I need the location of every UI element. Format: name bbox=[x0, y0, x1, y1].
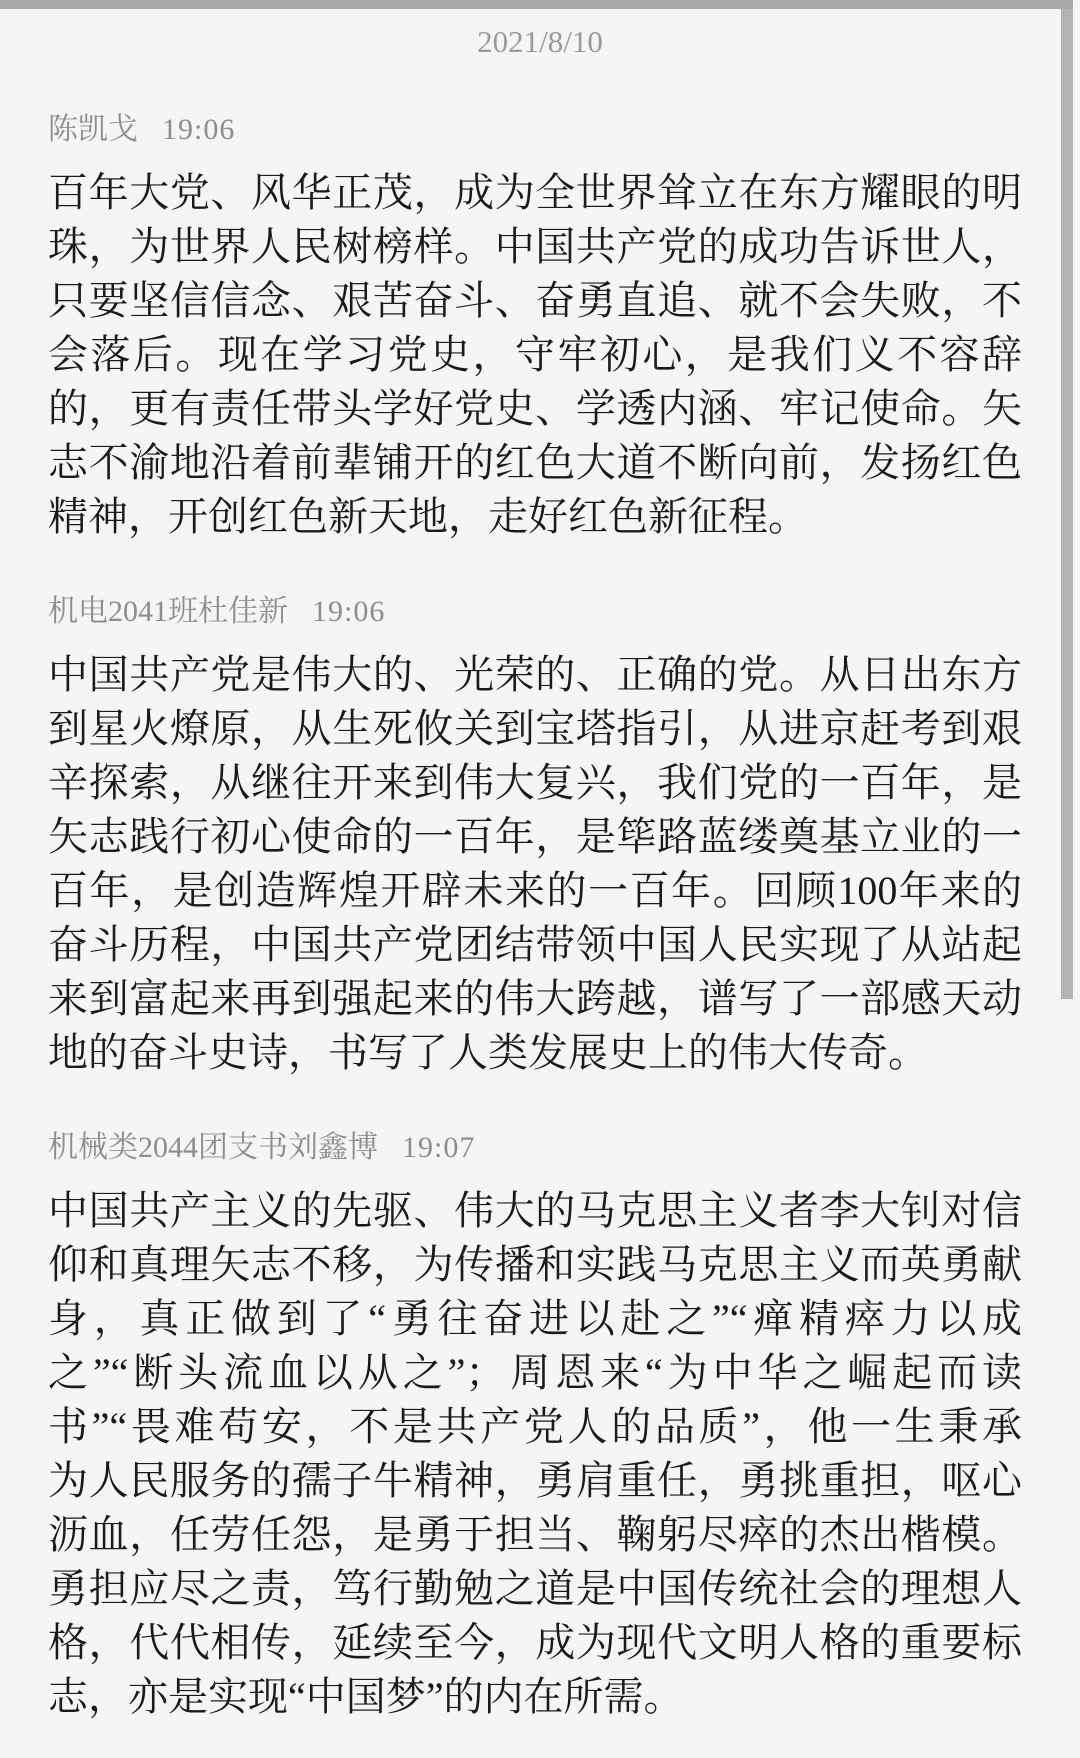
message-line: 百年，是创造辉煌开辟未来的一百年。回顾100年来的 bbox=[48, 864, 1022, 918]
message-body: 中国共产党是伟大的、光荣的、正确的党。从日出东方到星火燎原，从生死攸关到宝塔指引… bbox=[48, 648, 1022, 1080]
message-line: 仰和真理矢志不移，为传播和实践马克思主义而英勇献 bbox=[48, 1238, 1022, 1292]
messages: 陈凯戈19:06百年大党、风华正茂，成为全世界耸立在东方耀眼的明珠，为世界人民树… bbox=[0, 110, 1080, 1724]
sender-name: 陈凯戈 bbox=[48, 113, 138, 146]
sender-name: 机械类2044团支书刘鑫博 bbox=[48, 1131, 378, 1164]
message-line: 地的奋斗史诗，书写了人类发展史上的伟大传奇。 bbox=[48, 1026, 1022, 1080]
message-line: 到星火燎原，从生死攸关到宝塔指引，从进京赶考到艰 bbox=[48, 702, 1022, 756]
message-line: 书”“畏难苟安，不是共产党人的品质”，他一生秉承 bbox=[48, 1400, 1022, 1454]
message-line: 格，代代相传，延续至今，成为现代文明人格的重要标 bbox=[48, 1616, 1022, 1670]
message-line: 百年大党、风华正茂，成为全世界耸立在东方耀眼的明 bbox=[48, 166, 1022, 220]
message-header: 机械类2044团支书刘鑫博19:07 bbox=[48, 1128, 1022, 1168]
date-header: 2021/8/10 bbox=[0, 0, 1080, 62]
message-header: 机电2041班杜佳新19:06 bbox=[48, 592, 1022, 632]
message-line: 精神，开创红色新天地，走好红色新征程。 bbox=[48, 490, 1022, 544]
message-line: 辛探索，从继往开来到伟大复兴，我们党的一百年，是 bbox=[48, 756, 1022, 810]
message-line: 之”“断头流血以从之”；周恩来“为中华之崛起而读 bbox=[48, 1346, 1022, 1400]
chat-transcript-page: 2021/8/10 陈凯戈19:06百年大党、风华正茂，成为全世界耸立在东方耀眼… bbox=[0, 0, 1080, 1758]
message: 陈凯戈19:06百年大党、风华正茂，成为全世界耸立在东方耀眼的明珠，为世界人民树… bbox=[48, 110, 1022, 544]
timestamp: 19:06 bbox=[162, 113, 235, 146]
sender-name: 机电2041班杜佳新 bbox=[48, 595, 288, 628]
message-line: 志不渝地沿着前辈铺开的红色大道不断向前，发扬红色 bbox=[48, 436, 1022, 490]
message-line: 珠，为世界人民树榜样。中国共产党的成功告诉世人， bbox=[48, 220, 1022, 274]
message-body: 中国共产主义的先驱、伟大的马克思主义者李大钊对信仰和真理矢志不移，为传播和实践马… bbox=[48, 1184, 1022, 1724]
message-line: 奋斗历程，中国共产党团结带领中国人民实现了从站起 bbox=[48, 918, 1022, 972]
message-line: 沥血，任劳任怨，是勇于担当、鞠躬尽瘁的杰出楷模。 bbox=[48, 1508, 1022, 1562]
message-line: 勇担应尽之责，笃行勤勉之道是中国传统社会的理想人 bbox=[48, 1562, 1022, 1616]
message-line: 来到富起来再到强起来的伟大跨越，谱写了一部感天动 bbox=[48, 972, 1022, 1026]
message-line: 身，真正做到了“勇往奋进以赴之”“瘅精瘁力以成 bbox=[48, 1292, 1022, 1346]
message: 机电2041班杜佳新19:06中国共产党是伟大的、光荣的、正确的党。从日出东方到… bbox=[48, 592, 1022, 1080]
top-edge-border bbox=[0, 0, 1073, 9]
message-line: 中国共产主义的先驱、伟大的马克思主义者李大钊对信 bbox=[48, 1184, 1022, 1238]
message: 机械类2044团支书刘鑫博19:07中国共产主义的先驱、伟大的马克思主义者李大钊… bbox=[48, 1128, 1022, 1724]
message-line: 矢志践行初心使命的一百年，是筚路蓝缕奠基立业的一 bbox=[48, 810, 1022, 864]
message-line: 会落后。现在学习党史，守牢初心，是我们义不容辞 bbox=[48, 328, 1022, 382]
message-header: 陈凯戈19:06 bbox=[48, 110, 1022, 150]
scrollbar-thumb[interactable] bbox=[1061, 9, 1073, 999]
message-line: 中国共产党是伟大的、光荣的、正确的党。从日出东方 bbox=[48, 648, 1022, 702]
message-line: 志，亦是实现“中国梦”的内在所需。 bbox=[48, 1670, 1022, 1724]
timestamp: 19:06 bbox=[312, 595, 385, 628]
timestamp: 19:07 bbox=[402, 1131, 475, 1164]
message-line: 只要坚信信念、艰苦奋斗、奋勇直追、就不会失败，不 bbox=[48, 274, 1022, 328]
message-line: 的，更有责任带头学好党史、学透内涵、牢记使命。矢 bbox=[48, 382, 1022, 436]
message-body: 百年大党、风华正茂，成为全世界耸立在东方耀眼的明珠，为世界人民树榜样。中国共产党… bbox=[48, 166, 1022, 544]
message-line: 为人民服务的孺子牛精神，勇肩重任，勇挑重担，呕心 bbox=[48, 1454, 1022, 1508]
